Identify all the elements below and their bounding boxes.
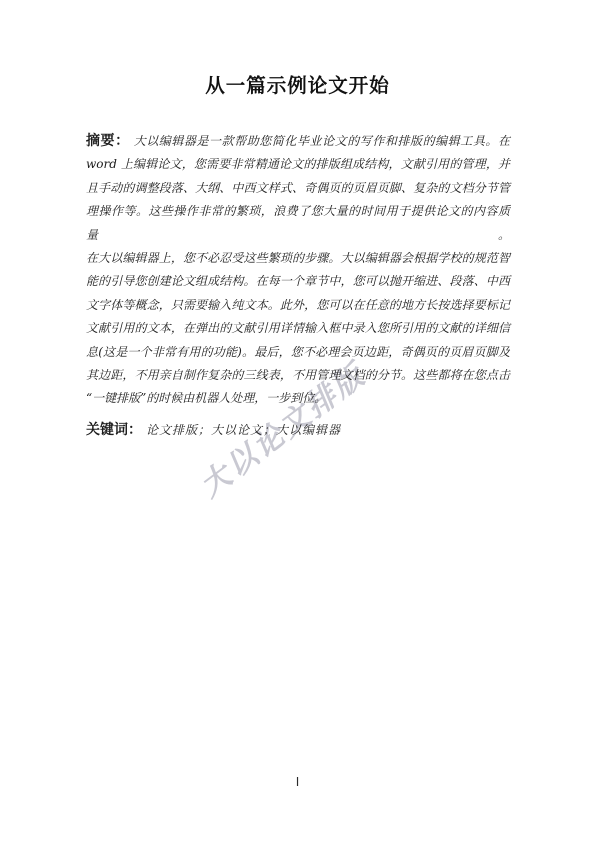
abstract-line: word 上编辑论文，您需要非常精通论文的排版组成结构，文献引用的管理，并	[86, 153, 510, 176]
abstract-line: 其边距，不用亲自制作复杂的三线表，不用管理文档的分节。这些都将在您点击	[86, 364, 510, 387]
abstract-paragraph: 摘要：大以编辑器是一款帮助您简化毕业论文的写作和排版的编辑工具。在word 上编…	[86, 130, 510, 411]
abstract-line: 在大以编辑器上，您不必忍受这些繁琐的步骤。大以编辑器会根据学校的规范智	[86, 247, 510, 270]
page-title: 从一篇示例论文开始	[0, 72, 595, 100]
abstract-line: 文字体等概念，只需要输入纯文本。此外，您可以在任意的地方长按选择要标记	[86, 294, 510, 317]
abstract-line-text: 大以编辑器是一款帮助您简化毕业论文的写作和排版的编辑工具。在	[134, 134, 510, 148]
abstract-line: 摘要：大以编辑器是一款帮助您简化毕业论文的写作和排版的编辑工具。在	[86, 130, 510, 153]
keywords-line: 关键词：论文排版；大以论文；大以编辑器	[86, 419, 510, 442]
page-number: I	[0, 775, 595, 789]
keywords-label: 关键词：	[86, 422, 146, 438]
document-page: 大以论文排版 从一篇示例论文开始 摘要：大以编辑器是一款帮助您简化毕业论文的写作…	[0, 0, 595, 842]
abstract-label: 摘要：	[86, 133, 134, 149]
abstract-line: 文献引用的文本，在弹出的文献引用详情输入框中录入您所引用的文献的详细信	[86, 317, 510, 340]
abstract-line: 息(这是一个非常有用的功能)。最后，您不必理会页边距，奇偶页的页眉页脚及	[86, 341, 510, 364]
keywords-text: 论文排版；大以论文；大以编辑器	[146, 423, 341, 437]
abstract-line: 能的引导您创建论文组成结构。在每一个章节中，您可以抛开缩进、段落、中西	[86, 270, 510, 293]
abstract-line: 且手动的调整段落、大纲、中西文样式、奇偶页的页眉页脚、复杂的文档分节管	[86, 177, 510, 200]
abstract-line: “一键排版”的时候由机器人处理，一步到位。	[86, 387, 510, 410]
abstract-line: 理操作等。这些操作非常的繁琐，浪费了您大量的时间用于提供论文的内容质量。	[86, 200, 510, 247]
